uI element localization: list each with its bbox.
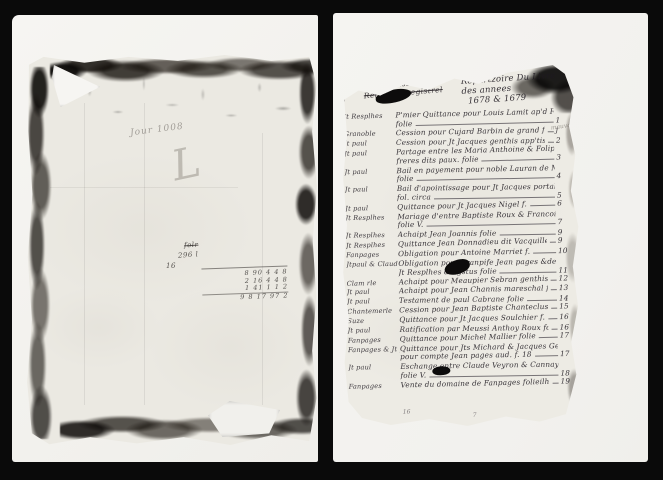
entry-margin-label: Jt paul: [348, 326, 400, 335]
dash-leader: [550, 242, 556, 243]
dash-leader: [527, 300, 557, 301]
entry-margin-label: Jt paul: [348, 363, 400, 372]
left-manuscript-page: Jour 1008 L folr 296 l 16 8 90 4 4 8 2 1…: [26, 53, 318, 445]
dash-leader: [499, 233, 555, 235]
folio-number: 7: [557, 218, 573, 227]
ink-blot: [375, 87, 413, 105]
dash-leader: [533, 252, 556, 253]
dash-leader: [551, 289, 557, 290]
folio-number: 17: [560, 350, 576, 359]
index-entry: Jt ResplhesMariage d'entre Baptiste Roux…: [345, 209, 573, 231]
left-page-crackle-texture: [66, 63, 302, 133]
folio-number: 17: [560, 331, 576, 340]
arith-line: 9 8 17 97 2: [202, 292, 288, 302]
entries-list: Jt ResplhesP'mier Quittance pour Louis L…: [343, 108, 576, 392]
entry-margin-label: Jt Resplhes: [345, 213, 397, 223]
entry-margin-label: Clam rle: [347, 278, 399, 288]
index-entry: Jt paulBail en payement pour noble Laura…: [344, 163, 572, 185]
entry-margin-label: Fanpages: [348, 336, 400, 346]
folio-number: 1: [555, 116, 571, 125]
stray-mark: 6: [341, 97, 345, 104]
left-page-crease: [84, 103, 85, 405]
right-backing-sheet: Manservisse Rellere enregistrel Repartzo…: [333, 13, 648, 462]
left-page-crossed-word: folr: [184, 241, 199, 250]
entry-margin-label: Granoble: [344, 129, 396, 139]
dash-leader: [548, 318, 557, 319]
folio-number: 15: [559, 303, 575, 312]
left-page-flourish-letter: L: [167, 137, 204, 191]
entry-margin-label: Jt paul: [345, 185, 397, 194]
left-page-torn-flap: [208, 401, 280, 437]
dash-leader: [552, 328, 558, 329]
entry-margin-label: Jtpaul & Claud: [346, 259, 398, 268]
dash-leader: [429, 374, 558, 377]
dash-leader: [434, 196, 555, 199]
folio-number: 13: [559, 284, 575, 293]
entry-margin-label: Jt Resplhes: [343, 112, 395, 122]
dash-leader: [500, 271, 557, 273]
stray-mark: 16: [403, 409, 411, 416]
entry-text: Obligation pour Antoine Marriet f.: [398, 248, 530, 259]
scanned-document: Jour 1008 L folr 296 l 16 8 90 4 4 8 2 1…: [0, 0, 663, 480]
entry-margin-label: Fanpages: [349, 382, 401, 392]
entry-continuation-text: folie: [396, 120, 413, 129]
right-page-header: Manservisse Rellere enregistrel Repartzo…: [349, 71, 571, 111]
folio-number: 16: [559, 313, 575, 322]
dash-leader: [551, 279, 557, 280]
dash-leader: [548, 141, 554, 142]
entry-continuation-text: fol. circa: [397, 193, 431, 202]
folio-number: 12: [559, 274, 575, 283]
right-manuscript-page: Manservisse Rellere enregistrel Repartzo…: [339, 65, 583, 427]
dash-leader: [415, 121, 553, 125]
dash-leader: [553, 383, 559, 384]
entry-continuation-text: folie V.: [397, 221, 423, 230]
entry-text: Obligation pour granpife Jean pages &de …: [398, 257, 556, 268]
folio-number: 10: [558, 247, 574, 256]
entry-continuation-text: folie: [397, 175, 414, 184]
stray-mark: 7: [473, 412, 477, 419]
dash-leader: [548, 131, 554, 132]
entry-margin-label: Jt paul: [344, 139, 396, 148]
left-page-bottom-stain: [60, 409, 320, 447]
dash-leader: [417, 177, 555, 181]
entry-margin-label: Fanpages: [346, 250, 398, 260]
page-title: Repartzoire Du Livre des annees 1678 & 1…: [461, 70, 573, 107]
dash-leader: [551, 308, 557, 309]
left-backing-sheet: Jour 1008 L folr 296 l 16 8 90 4 4 8 2 1…: [12, 15, 318, 462]
entry-margin-label: Jt Resplhes: [346, 231, 398, 240]
folio-number: 6: [557, 199, 573, 208]
folio-number: 9: [558, 237, 574, 246]
left-page-crease: [144, 103, 145, 405]
left-page-scribble: 296 l: [178, 250, 199, 259]
entry-margin-label: Jt Resplhes: [346, 241, 398, 251]
entry-margin-label: Jt paul: [347, 287, 399, 297]
folio-number: j: [556, 126, 572, 135]
left-page-scribble: 16: [166, 262, 176, 270]
entry-continuation-text: folie V.: [400, 371, 426, 380]
entry-margin-label: Fanpages & Jt paul: [348, 345, 400, 355]
entry-text: Vente du domaine de Fanpages folieilh: [401, 378, 550, 390]
stray-mark: 5: [342, 109, 346, 116]
left-page-left-stain: [24, 67, 58, 439]
entry-margin-label: Jt paul: [347, 297, 399, 306]
left-page-crease: [50, 187, 238, 188]
left-page-arithmetic-notes: 8 90 4 4 8 2 16 4 4 8 1 41 1 1 2 9 8 17 …: [201, 266, 288, 303]
dash-leader: [530, 205, 555, 207]
entry-margin-label: Jt paul: [345, 203, 397, 213]
dash-leader: [482, 159, 555, 162]
entry-margin-label: Jt paul: [344, 149, 396, 159]
dash-leader: [426, 223, 555, 226]
folio-number: 3: [556, 153, 572, 162]
entry-margin-label: Suze: [347, 316, 399, 326]
folio-number: 19: [560, 377, 576, 386]
entry-margin-label: Chantemerle: [347, 307, 399, 317]
dash-leader: [539, 337, 558, 338]
dash-leader: [535, 356, 558, 357]
folio-number: 4: [557, 172, 573, 181]
entry-margin-label: Jt paul: [344, 167, 396, 177]
